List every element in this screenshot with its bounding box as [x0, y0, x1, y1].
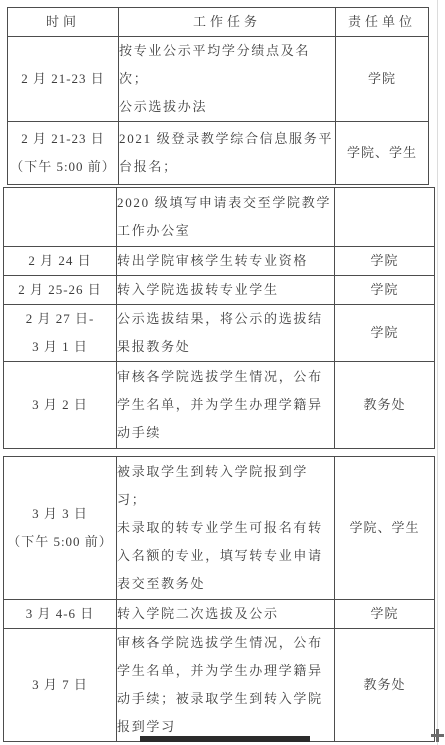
unit-cell: 学院: [335, 305, 435, 362]
task-cell: 被录取学生到转入学院报到学习； 未录取的转专业学生可报名有转入名额的专业，填写转…: [117, 457, 335, 600]
task-cell: 转出学院审核学生转专业资格: [117, 247, 335, 276]
task-cell: 2020 级填写申请表交至学院教学工作办公室: [117, 188, 335, 247]
table-row: 2 月 27 日- 3 月 1 日公示选拔结果，将公示的选拔结果报教务处学院: [4, 305, 435, 362]
time-cell: 3 月 2 日: [4, 362, 117, 449]
task-cell: 转入学院选拔转专业学生: [117, 276, 335, 305]
task-cell: 转入学院二次选拔及公示: [117, 600, 335, 629]
page-edge-line: [437, 0, 438, 745]
time-cell: 2 月 21-23 日: [8, 37, 119, 122]
time-cell: 2 月 25-26 日: [4, 276, 117, 305]
table-row: 2 月 21-23 日按专业公示平均学分绩点及名次； 公示选拔办法学院: [8, 37, 429, 122]
table-segment-2: 2020 级填写申请表交至学院教学工作办公室2 月 24 日转出学院审核学生转专…: [3, 187, 434, 449]
table-row: 2 月 21-23 日 （下午 5:00 前）2021 级登录教学综合信息服务平…: [8, 122, 429, 185]
bottom-accent-bar: [140, 736, 310, 742]
task-cell: 按专业公示平均学分绩点及名次； 公示选拔办法: [119, 37, 336, 122]
table-row: 3 月 3 日 （下午 5:00 前）被录取学生到转入学院报到学习； 未录取的转…: [4, 457, 435, 600]
table-row: 2020 级填写申请表交至学院教学工作办公室: [4, 188, 435, 247]
time-cell: 3 月 4-6 日: [4, 600, 117, 629]
unit-cell: 学院、学生: [336, 122, 429, 185]
unit-cell: 学院: [336, 37, 429, 122]
unit-cell: 学院: [335, 247, 435, 276]
unit-cell: [335, 188, 435, 247]
table-row: 3 月 7 日审核各学院选拔学生情况，公布学生名单，并为学生办理学籍异动手续；被…: [4, 629, 435, 742]
task-cell: 2021 级登录教学综合信息服务平台报名；: [119, 122, 336, 185]
time-cell: 3 月 7 日: [4, 629, 117, 742]
table-segment-3: 3 月 3 日 （下午 5:00 前）被录取学生到转入学院报到学习； 未录取的转…: [3, 456, 434, 742]
column-header-task: 工作任务: [119, 8, 336, 37]
time-cell: 2 月 21-23 日 （下午 5:00 前）: [8, 122, 119, 185]
header-row: 时间工作任务责任单位: [8, 8, 429, 37]
column-header-time: 时间: [8, 8, 119, 37]
unit-cell: 学院: [335, 276, 435, 305]
table-resize-handle-icon[interactable]: [431, 729, 444, 742]
table-row: 2 月 25-26 日转入学院选拔转专业学生学院: [4, 276, 435, 305]
time-cell: 2 月 27 日- 3 月 1 日: [4, 305, 117, 362]
task-cell: 公示选拔结果，将公示的选拔结果报教务处: [117, 305, 335, 362]
handle-vertical-stroke: [436, 729, 439, 742]
schedule-table-segment-3: 3 月 3 日 （下午 5:00 前）被录取学生到转入学院报到学习； 未录取的转…: [3, 456, 435, 742]
schedule-table-segment-2: 2020 级填写申请表交至学院教学工作办公室2 月 24 日转出学院审核学生转专…: [3, 187, 435, 449]
unit-cell: 教务处: [335, 362, 435, 449]
table-row: 3 月 4-6 日转入学院二次选拔及公示学院: [4, 600, 435, 629]
unit-cell: 学院、学生: [335, 457, 435, 600]
task-cell: 审核各学院选拔学生情况，公布学生名单，并为学生办理学籍异动手续；被录取学生到转入…: [117, 629, 335, 742]
table-row: 3 月 2 日审核各学院选拔学生情况，公布学生名单，并为学生办理学籍异动手续教务…: [4, 362, 435, 449]
unit-cell: 教务处: [335, 629, 435, 742]
unit-cell: 学院: [335, 600, 435, 629]
table-row: 2 月 24 日转出学院审核学生转专业资格学院: [4, 247, 435, 276]
document-page: 时间工作任务责任单位2 月 21-23 日按专业公示平均学分绩点及名次； 公示选…: [0, 0, 445, 745]
time-cell: 3 月 3 日 （下午 5:00 前）: [4, 457, 117, 600]
schedule-table-segment-1: 时间工作任务责任单位2 月 21-23 日按专业公示平均学分绩点及名次； 公示选…: [7, 7, 429, 185]
task-cell: 审核各学院选拔学生情况，公布学生名单，并为学生办理学籍异动手续: [117, 362, 335, 449]
time-cell: [4, 188, 117, 247]
column-header-unit: 责任单位: [336, 8, 429, 37]
time-cell: 2 月 24 日: [4, 247, 117, 276]
table-segment-1: 时间工作任务责任单位2 月 21-23 日按专业公示平均学分绩点及名次； 公示选…: [7, 7, 428, 185]
